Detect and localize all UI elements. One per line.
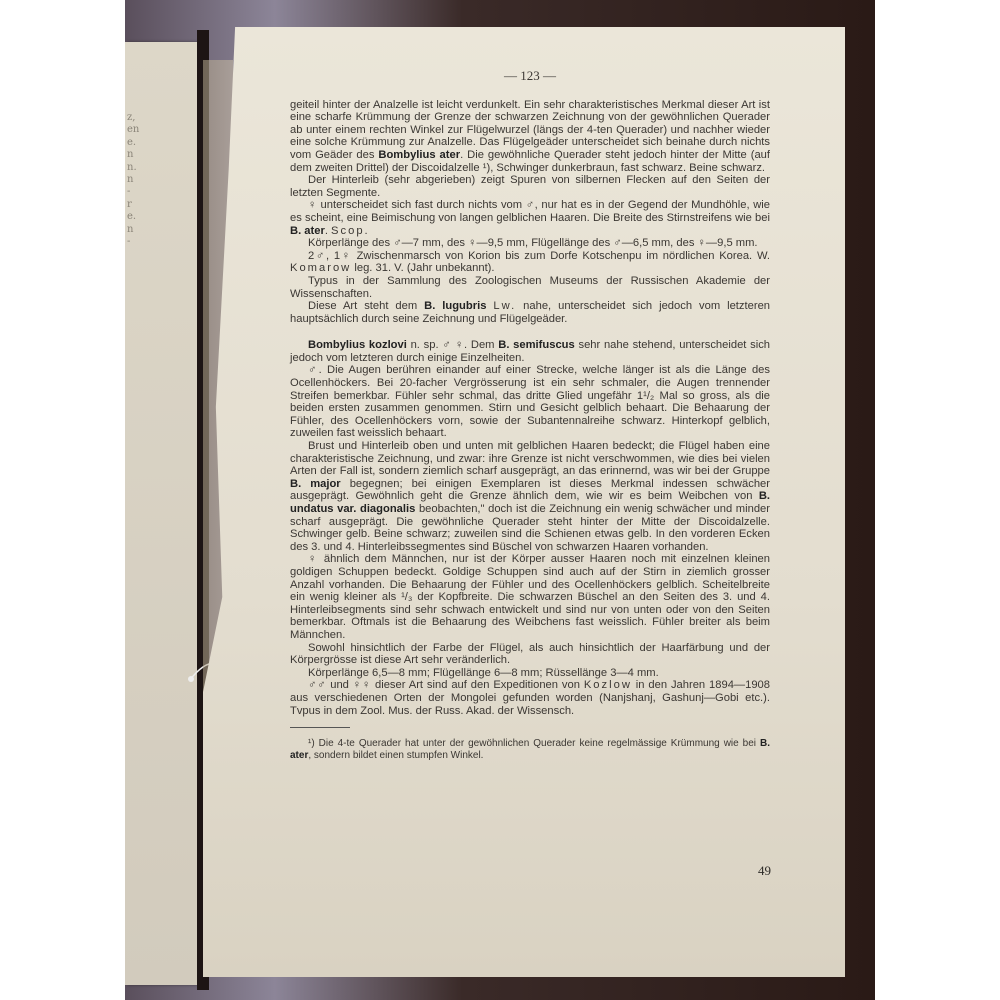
paragraph: Typus in der Sammlung des Zoologischen M… xyxy=(290,275,770,300)
footnote-rule xyxy=(290,727,350,728)
folio-number: 49 xyxy=(758,863,771,879)
paragraph: Diese Art steht dem B. lugubris Lw. nahe… xyxy=(290,300,770,325)
paragraph: Brust und Hinterleib oben und unten mit … xyxy=(290,440,770,553)
paragraph: geiteil hinter der Analzelle ist leicht … xyxy=(290,99,770,175)
species-name: Bombylius kozlovi xyxy=(308,339,407,351)
page-text: — 123 — geiteil hinter der Analzelle ist… xyxy=(290,70,770,762)
paragraph: ♂. Die Augen berühren einander auf einer… xyxy=(290,364,770,440)
footnote: ¹) Die 4-te Querader hat unter der gewöh… xyxy=(290,738,770,762)
paragraph: ♂♂ und ♀♀ dieser Art sind auf den Expedi… xyxy=(290,679,770,717)
left-page: z, en e. n n. n - r e. n - xyxy=(125,42,197,985)
paragraph: Sowohl hinsichtlich der Farbe der Flügel… xyxy=(290,642,770,667)
paragraph: 2♂, 1♀ Zwischenmarsch von Korion bis zum… xyxy=(290,250,770,275)
paragraph: Der Hinterleib (sehr abgerieben) zeigt S… xyxy=(290,174,770,199)
paragraph: ♀ ähnlich dem Männchen, nur ist der Körp… xyxy=(290,553,770,641)
left-page-fragments: z, en e. n n. n - r e. n - xyxy=(127,112,147,248)
running-page-number: — 123 — xyxy=(290,70,770,83)
paragraph: ♀ unterscheidet sich fast durch nichts v… xyxy=(290,199,770,237)
species-heading-paragraph: Bombylius kozlovi n. sp. ♂ ♀. Dem B. sem… xyxy=(290,339,770,364)
paragraph: Körperlänge 6,5—8 mm; Flügellänge 6—8 mm… xyxy=(290,667,770,680)
paragraph: Körperlänge des ♂—7 mm, des ♀—9,5 mm, Fl… xyxy=(290,237,770,250)
